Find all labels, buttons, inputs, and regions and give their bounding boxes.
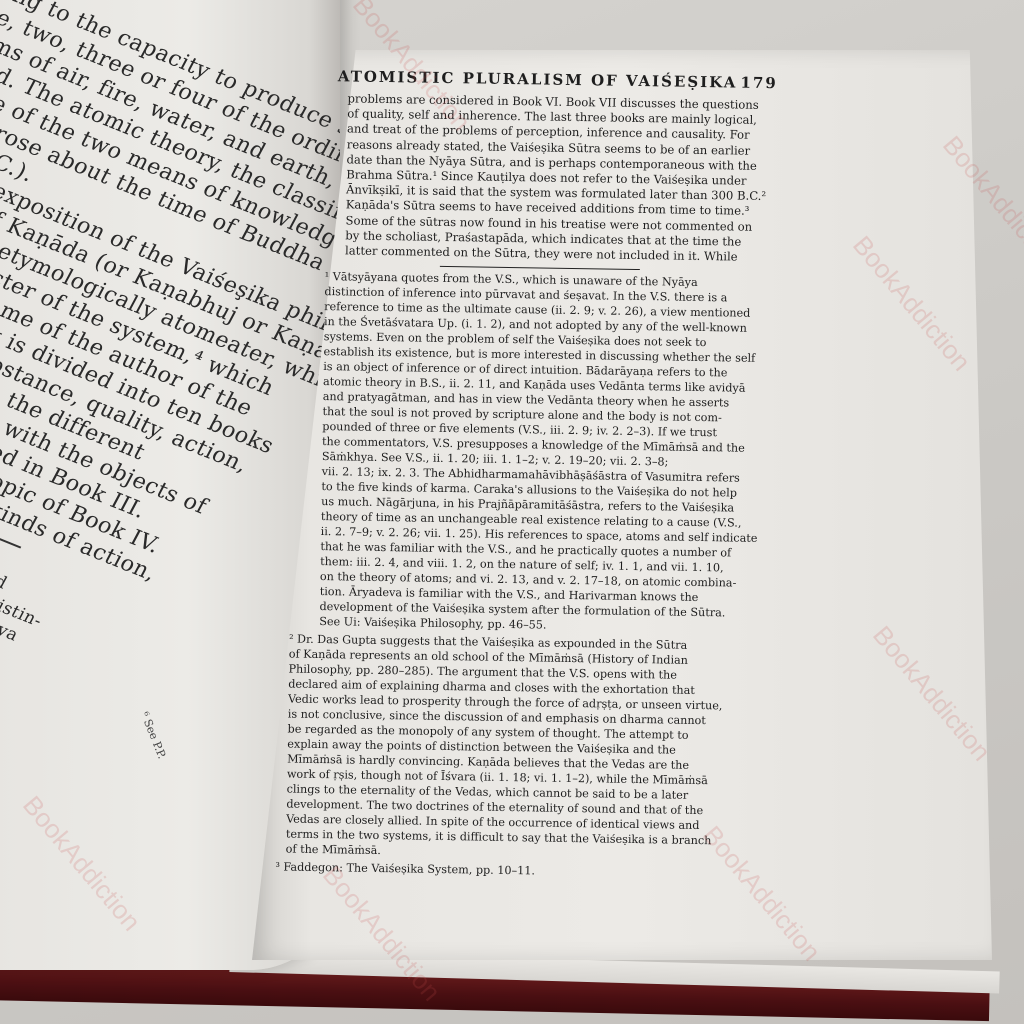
right-page-text: ATOMISTIC PLURALISM OF VAIŚEṢIKA 179 pro… [245,66,798,883]
left-footnote-6: ⁶ See P.P. [138,710,169,761]
footnote-divider [440,266,640,270]
footnote-1: ¹ Vātsyāyana quotes from the V.S., which… [319,269,795,636]
body-text: problems are considered in Book VI. Book… [345,91,778,265]
page-number: 179 [740,74,778,93]
footnote-2: ² Dr. Das Gupta suggests that the Vaiśeṣ… [286,632,794,865]
